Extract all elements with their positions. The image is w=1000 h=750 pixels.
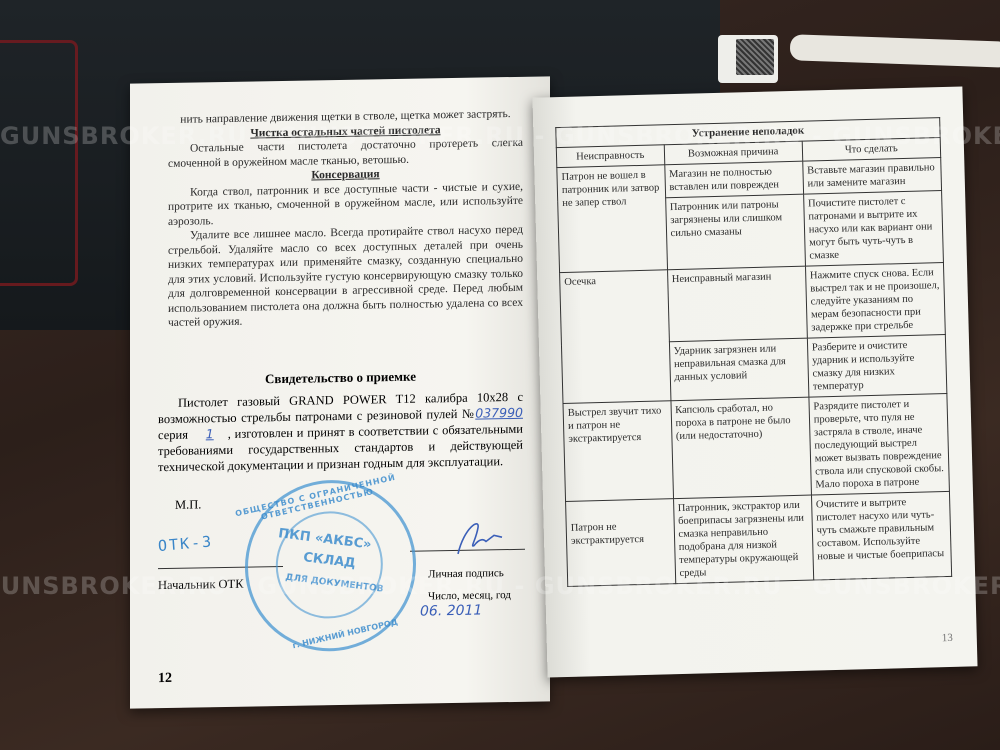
fix-cell: Почистите пистолет с патронами и вытрите…: [803, 191, 943, 267]
otk-stamp: ОТК-3: [157, 532, 213, 555]
plug-mesh: [736, 39, 774, 75]
conservation-para-1: Когда ствол, патронник и все доступные ч…: [168, 179, 523, 229]
seal-place-label: М.П.: [175, 497, 201, 512]
watermark-top: GUNSBROKER.RU - GUNSBROKER.RU - GUNSBROK…: [0, 122, 1000, 150]
fault-cell: Осечка: [560, 270, 671, 404]
booklet: нить направление движения щетки в стволе…: [130, 72, 980, 712]
certificate-body: Пистолет газовый GRAND POWER T12 калибра…: [158, 389, 523, 475]
conservation-para-2: Удалите все лишнее масло. Всегда протира…: [168, 223, 523, 331]
page-number-right: 13: [942, 632, 953, 644]
cause-cell: Патронник, экстрактор или боеприпасы заг…: [673, 495, 813, 584]
cause-cell: Магазин не полностью вставлен или повреж…: [664, 161, 803, 198]
cause-cell: Патронник или патроны загрязнены или сли…: [665, 194, 805, 270]
fault-cell: Патрон не вошел в патронник или затвор н…: [557, 165, 667, 273]
troubleshooting-table: Устранение неполадок Неисправность Возмо…: [555, 117, 952, 587]
fix-cell: Вставьте магазин правильно или замените …: [802, 158, 941, 195]
date-handwritten: 06. 2011: [420, 603, 482, 620]
fix-cell: Очистите и вытрите пистолет насухо или ч…: [811, 491, 951, 580]
fault-cell: Выстрел звучит тихо и патрон не экстракт…: [563, 401, 673, 502]
cable: [790, 34, 1000, 68]
series-number: 1: [192, 426, 228, 442]
fix-cell: Разрядите пистолет и проверьте, что пуля…: [809, 393, 950, 495]
cert-text-b: серия: [158, 428, 192, 443]
serial-number: 037990: [475, 405, 523, 421]
cause-cell: Ударник загрязнен или неправильная смазк…: [669, 338, 809, 401]
left-page: нить направление движения щетки в стволе…: [130, 76, 550, 708]
fix-cell: Нажмите спуск снова. Если выстрел так и …: [805, 263, 945, 339]
acceptance-certificate: Свидетельство о приемке Пистолет газовый…: [158, 367, 523, 475]
watermark-bottom: GUNSBROKER.RU - GUNSBROKER.RU - GUNSBROK…: [0, 572, 980, 600]
round-stamp: ОБЩЕСТВО С ОГРАНИЧЕННОЙ ОТВЕТСТВЕННОСТЬЮ…: [229, 463, 432, 668]
cert-text-a: Пистолет газовый GRAND POWER T12 калибра…: [158, 390, 523, 426]
signature-scrawl: [450, 517, 510, 558]
cause-cell: Неисправный магазин: [667, 266, 807, 342]
fix-cell: Разберите и очистите ударник и используй…: [807, 335, 947, 398]
stamp-bottom-text: г. НИЖНИЙ НОВГОРОД: [263, 611, 426, 657]
table-row: Выстрел звучит тихо и патрон не экстракт…: [563, 393, 949, 501]
certificate-title: Свидетельство о приемке: [158, 367, 523, 389]
table-row: Осечка Неисправный магазин Нажмите спуск…: [560, 263, 946, 345]
page-number-left: 12: [158, 671, 172, 687]
cause-cell: Капсюль сработал, но пороха в патроне не…: [670, 397, 811, 499]
laptop-accent-trim: [0, 40, 78, 286]
